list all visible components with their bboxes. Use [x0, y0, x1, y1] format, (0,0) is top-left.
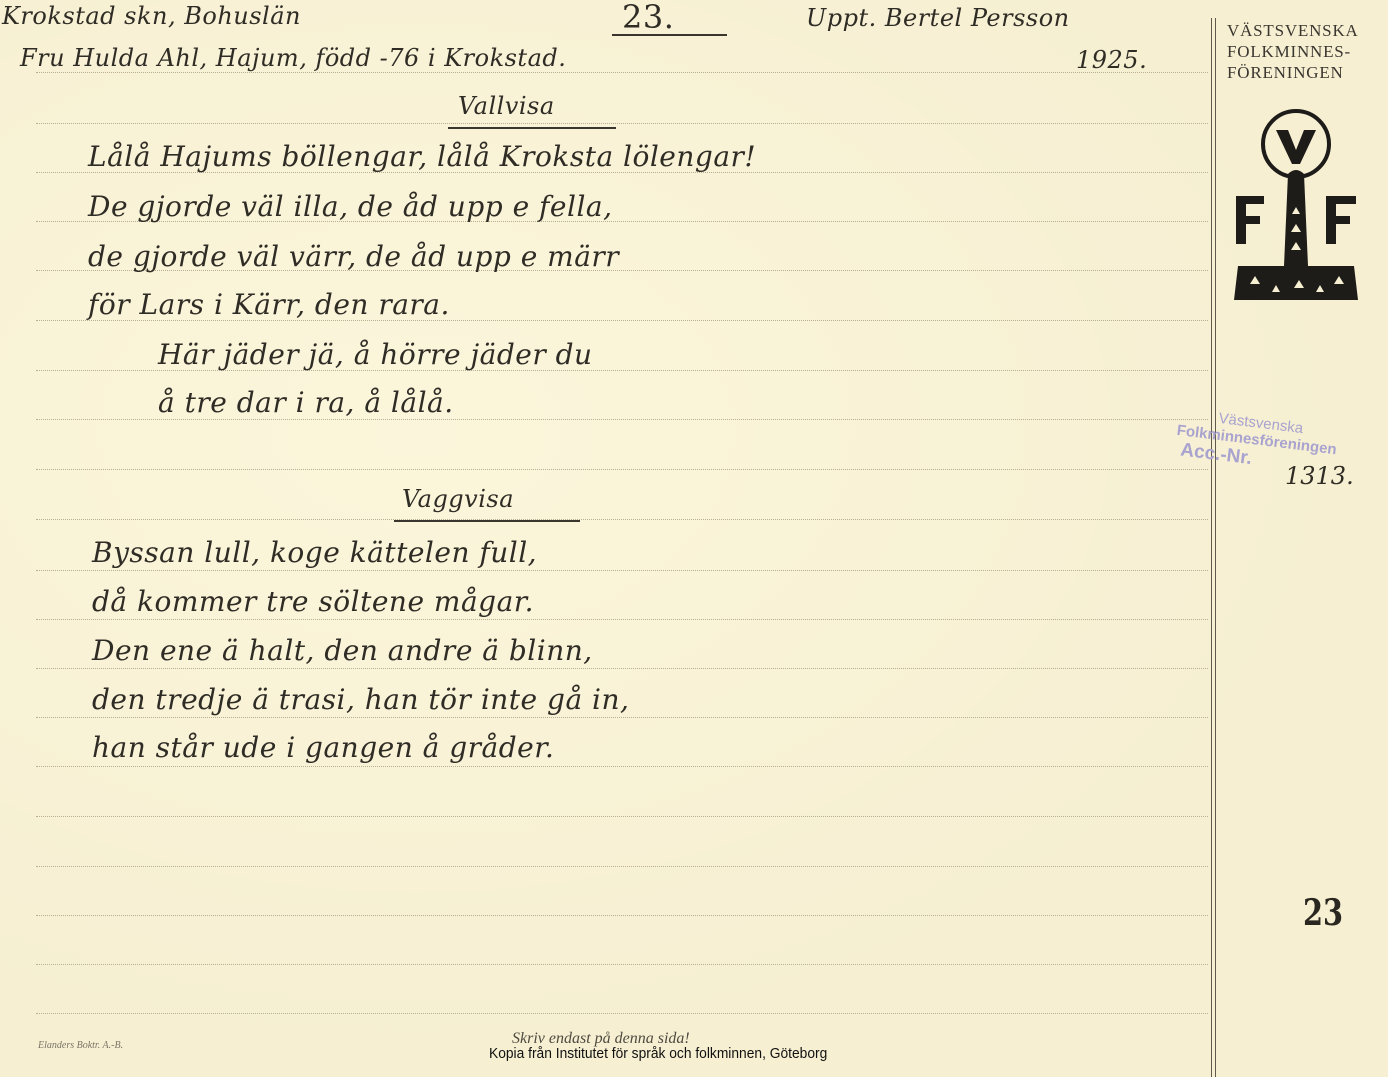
- record-number: 23.: [622, 0, 674, 36]
- song-line: då kommer tre söltene mågar.: [92, 585, 534, 618]
- rule-line: [36, 72, 1208, 73]
- song-line: Byssan lull, koge kättelen full,: [92, 536, 537, 569]
- record-number-underline: [612, 34, 727, 36]
- song-line: de gjorde väl värr, de åd upp e märr: [88, 240, 619, 273]
- song-line: Lålå Hajums böllengar, lålå Kroksta löle…: [88, 140, 756, 173]
- year-text: 1925.: [1076, 46, 1147, 74]
- org-name-line: FÖRENINGEN: [1227, 62, 1359, 83]
- location-text: Krokstad skn, Bohuslän: [2, 2, 301, 30]
- rule-line: [36, 717, 1208, 718]
- song-title: Vaggvisa: [402, 485, 514, 513]
- title-underline: [448, 127, 616, 129]
- song-line: den tredje ä trasi, han tör inte gå in,: [92, 683, 629, 716]
- recorder-text: Uppt. Bertel Persson: [806, 4, 1070, 32]
- song-line: för Lars i Kärr, den rara.: [88, 288, 450, 321]
- record-card: Krokstad skn, Bohuslän 23. Uppt. Bertel …: [0, 0, 1388, 1077]
- rule-line: [36, 766, 1208, 767]
- title-underline: [394, 520, 580, 522]
- rule-line: [36, 123, 1208, 124]
- song-line: Här jäder jä, å hörre jäder du: [158, 338, 593, 371]
- printer-imprint: Elanders Boktr. A.-B.: [38, 1040, 123, 1051]
- song-title: Vallvisa: [458, 92, 555, 120]
- copyright-notice: Kopia från Institutet för språk och folk…: [489, 1045, 827, 1062]
- organization-name: VÄSTSVENSKA FOLKMINNES- FÖRENINGEN: [1227, 20, 1359, 83]
- rule-line: [36, 866, 1208, 867]
- page-number: 23: [1303, 892, 1343, 934]
- rule-line: [36, 519, 1208, 520]
- org-name-line: VÄSTSVENSKA: [1227, 20, 1359, 41]
- accession-number: 1313.: [1285, 462, 1354, 490]
- rule-line: [36, 816, 1208, 817]
- song-line: Den ene ä halt, den andre ä blinn,: [92, 634, 593, 667]
- rule-line: [36, 469, 1208, 470]
- margin-line: [1215, 18, 1216, 1077]
- song-line: å tre dar i ra, å lålå.: [158, 386, 454, 419]
- vff-hammer-logo-icon: [1230, 104, 1366, 304]
- rule-line: [36, 1013, 1208, 1014]
- song-line: han står ude i gangen å gråder.: [92, 731, 554, 764]
- informant-text: Fru Hulda Ahl, Hajum, född -76 i Kroksta…: [20, 44, 566, 72]
- margin-line: [1211, 18, 1212, 1077]
- rule-line: [36, 668, 1208, 669]
- rule-line: [36, 619, 1208, 620]
- song-line: De gjorde väl illa, de åd upp e fella,: [88, 190, 613, 223]
- rule-line: [36, 915, 1208, 916]
- rule-line: [36, 419, 1208, 420]
- org-name-line: FOLKMINNES-: [1227, 41, 1359, 62]
- rule-line: [36, 570, 1208, 571]
- rule-line: [36, 964, 1208, 965]
